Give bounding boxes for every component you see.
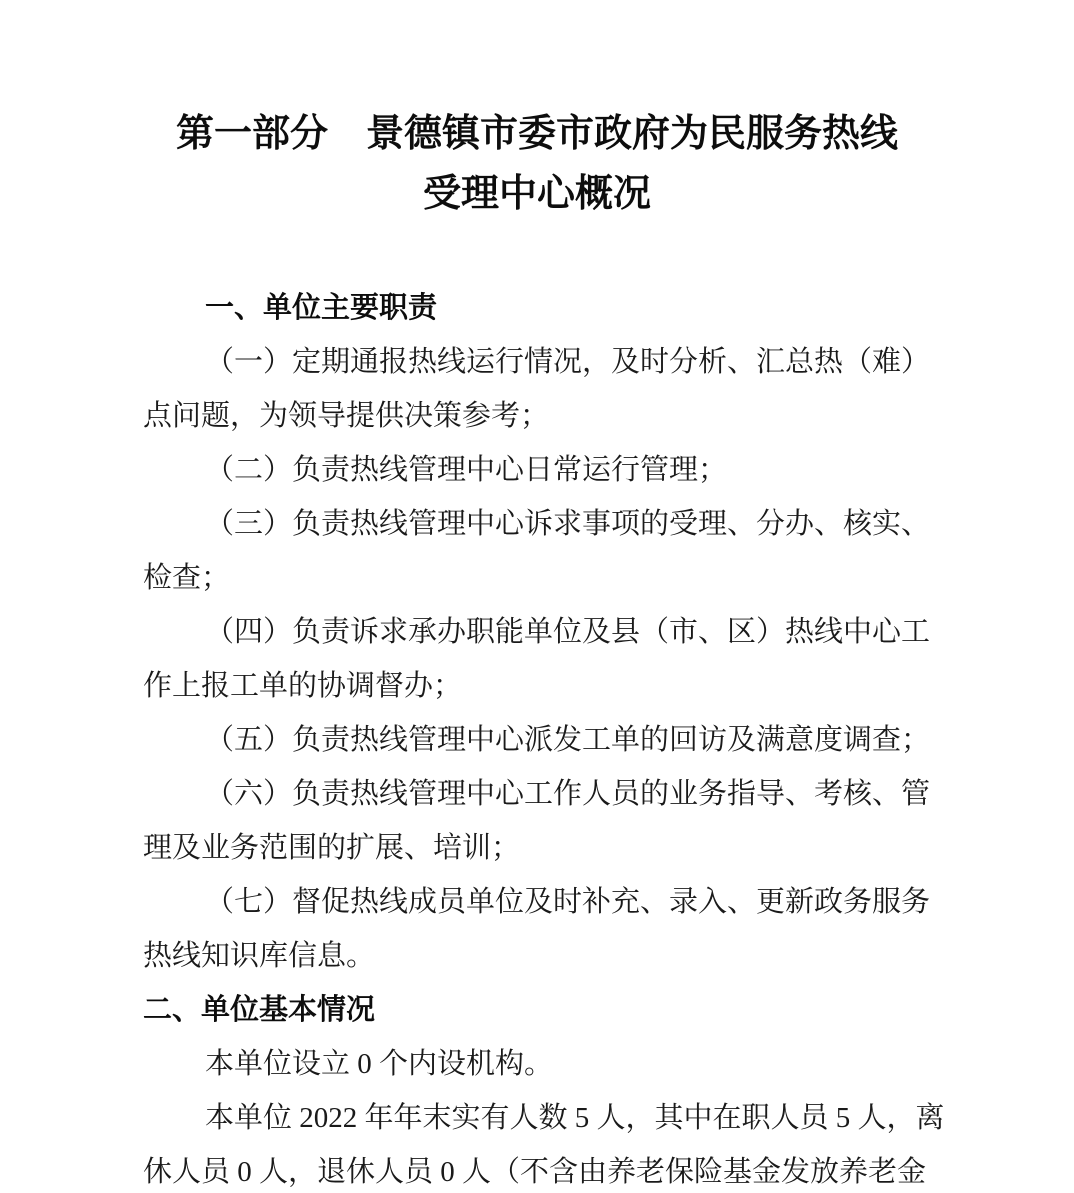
duty-5-line-1: （五）负责热线管理中心派发工单的回访及满意度调查； [143,713,933,767]
document-title: 第一部分 景德镇市委市政府为民服务热线 受理中心概况 [0,104,1074,224]
duty-6-line-2: 理及业务范围的扩展、培训； [143,821,933,875]
duty-1-line-1: （一）定期通报热线运行情况，及时分析、汇总热（难） [143,335,933,389]
duty-7-line-1: （七）督促热线成员单位及时补充、录入、更新政务服务 [143,875,933,929]
duty-4-line-2: 作上报工单的协调督办； [143,659,933,713]
duty-2-line-1: （二）负责热线管理中心日常运行管理； [143,443,933,497]
duty-3-line-1: （三）负责热线管理中心诉求事项的受理、分办、核实、 [143,497,933,551]
document-page: 第一部分 景德镇市委市政府为民服务热线 受理中心概况 一、单位主要职责 （一）定… [0,0,1074,1193]
title-line-1: 第一部分 景德镇市委市政府为民服务热线 [0,104,1074,164]
staffing-line-2: 休人员 0 人，退休人员 0 人（不含由养老保险基金发放养老金 [143,1145,933,1193]
duty-7-line-2: 热线知识库信息。 [143,929,933,983]
duty-1-line-2: 点问题，为领导提供决策参考； [143,389,933,443]
document-body: 一、单位主要职责 （一）定期通报热线运行情况，及时分析、汇总热（难） 点问题，为… [143,281,933,1193]
duty-4-line-1: （四）负责诉求承办职能单位及县（市、区）热线中心工 [143,605,933,659]
staffing-line-1: 本单位 2022 年年末实有人数 5 人，其中在职人员 5 人，离 [143,1091,933,1145]
org-structure-line: 本单位设立 0 个内设机构。 [143,1037,933,1091]
duty-6-line-1: （六）负责热线管理中心工作人员的业务指导、考核、管 [143,767,933,821]
title-line-2: 受理中心概况 [0,164,1074,224]
duty-3-line-2: 检查； [143,551,933,605]
section-1-heading: 一、单位主要职责 [143,281,933,335]
section-2-heading: 二、单位基本情况 [143,983,933,1037]
